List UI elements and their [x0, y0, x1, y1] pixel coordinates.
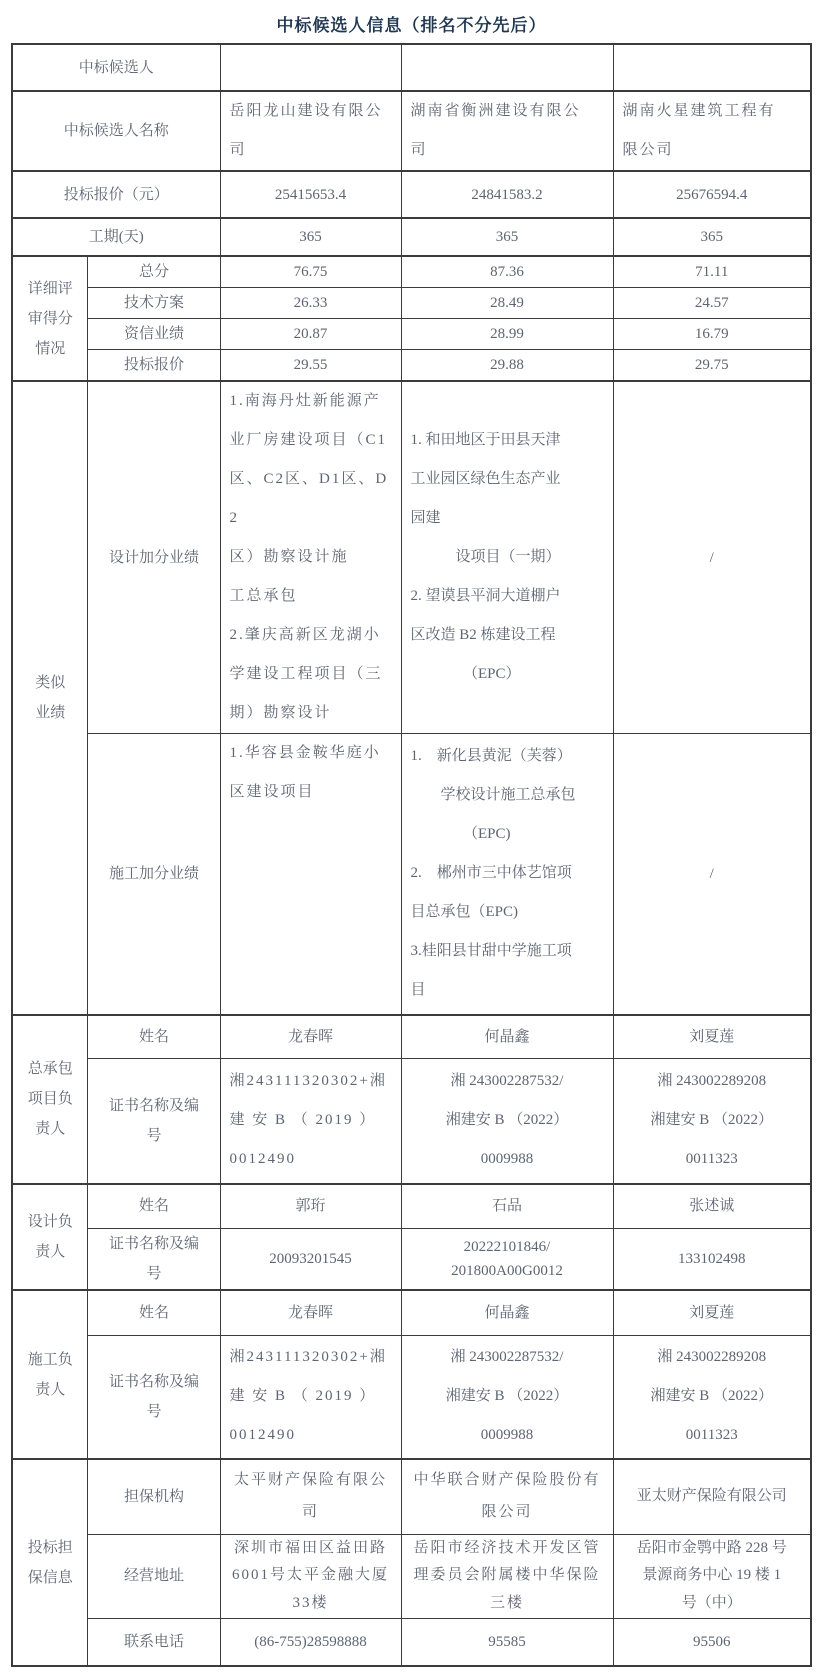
page: 中标候选人信息（排名不分先后） 中标候选人 中标候选人名称 岳阳龙山建设有限公 …: [0, 0, 823, 1667]
cell-guarantee-org-3: 亚太财产保险有限公司: [613, 1459, 811, 1534]
group-label-build-manager: 施工负 责人: [12, 1290, 88, 1459]
cell-guarantee-addr-3: 岳阳市金鹗中路 228 号 景源商务中心 19 楼 1 号（中）: [613, 1534, 811, 1618]
cell-duration-2: 365: [401, 218, 613, 256]
cell-design-performance-1: 1.南海丹灶新能源产 业厂房建设项目（C1 区、C2区、D1区、D2 区）勘察设…: [220, 381, 401, 734]
row-label-construction-performance: 施工加分业绩: [88, 734, 220, 1015]
cell-design-manager-name-2: 石品: [401, 1184, 613, 1229]
row-label-epc-manager-cert: 证书名称及编 号: [88, 1059, 220, 1184]
cell-candidate-name-2: 湖南省衡洲建设有限公 司: [401, 91, 613, 171]
cell-build-manager-name-1: 龙春晖: [220, 1290, 401, 1335]
row-bid-price: 投标报价（元） 25415653.4 24841583.2 25676594.4: [12, 171, 811, 218]
bid-candidates-table: 中标候选人 中标候选人名称 岳阳龙山建设有限公 司 湖南省衡洲建设有限公 司 湖…: [11, 43, 812, 1667]
group-label-epc-manager: 总承包 项目负 责人: [12, 1015, 88, 1184]
cell-design-performance-3: /: [613, 381, 811, 734]
row-label-build-manager-name: 姓名: [88, 1290, 220, 1335]
row-guarantee-addr: 经营地址 深圳市福田区益田路 6001号太平金融大厦 33楼 岳阳市经济技术开发…: [12, 1534, 811, 1618]
cell-build-manager-cert-3: 湘 243002289208 湘建安 B （2022） 0011323: [613, 1335, 811, 1459]
row-construction-performance: 施工加分业绩 1.华容县金鞍华庭小 区建设项目 1. 新化县黄泥（芙蓉） 学校设…: [12, 734, 811, 1015]
cell-design-performance-2: 1. 和田地区于田县天津 工业园区绿色生态产业 园建 设项目（一期） 2. 望谟…: [401, 381, 613, 734]
row-label-design-performance: 设计加分业绩: [88, 381, 220, 734]
row-guarantee-org: 投标担 保信息 担保机构 太平财产保险有限公 司 中华联合财产保险股份有 限公司…: [12, 1459, 811, 1534]
cell-score-total-2: 87.36: [401, 256, 613, 288]
row-label-candidate-name: 中标候选人名称: [12, 91, 220, 171]
group-label-guarantee: 投标担 保信息: [12, 1459, 88, 1666]
row-duration: 工期(天) 365 365 365: [12, 218, 811, 256]
row-build-manager-cert: 证书名称及编 号 湘243111320302+湘 建 安 B （ 2019 ） …: [12, 1335, 811, 1459]
cell-epc-manager-name-3: 刘夏莲: [613, 1015, 811, 1059]
row-epc-manager-name: 总承包 项目负 责人 姓名 龙春晖 何晶鑫 刘夏莲: [12, 1015, 811, 1059]
cell-epc-manager-cert-2: 湘 243002287532/ 湘建安 B （2022） 0009988: [401, 1059, 613, 1184]
row-label-duration: 工期(天): [12, 218, 220, 256]
row-guarantee-phone: 联系电话 (86-755)28598888 95585 95506: [12, 1618, 811, 1666]
row-candidate-name: 中标候选人名称 岳阳龙山建设有限公 司 湖南省衡洲建设有限公 司 湖南火星建筑工…: [12, 91, 811, 171]
row-label-score-tech: 技术方案: [88, 288, 220, 319]
cell-score-tech-2: 28.49: [401, 288, 613, 319]
cell-duration-1: 365: [220, 218, 401, 256]
row-label-guarantee-addr: 经营地址: [88, 1534, 220, 1618]
cell-construction-performance-3: /: [613, 734, 811, 1015]
cell-guarantee-phone-2: 95585: [401, 1618, 613, 1666]
cell-epc-manager-cert-1: 湘243111320302+湘 建 安 B （ 2019 ） 0012490: [220, 1059, 401, 1184]
row-design-manager-cert: 证书名称及编 号 20093201545 20222101846/ 201800…: [12, 1229, 811, 1291]
cell-score-total-3: 71.11: [613, 256, 811, 288]
row-label-score-credit: 资信业绩: [88, 319, 220, 350]
page-title: 中标候选人信息（排名不分先后）: [0, 0, 823, 43]
cell-score-bid-3: 29.75: [613, 350, 811, 382]
cell-epc-manager-name-2: 何晶鑫: [401, 1015, 613, 1059]
row-design-performance: 类似 业绩 设计加分业绩 1.南海丹灶新能源产 业厂房建设项目（C1 区、C2区…: [12, 381, 811, 734]
cell-build-manager-cert-2: 湘 243002287532/ 湘建安 B （2022） 0009988: [401, 1335, 613, 1459]
cell-build-manager-cert-1: 湘243111320302+湘 建 安 B （ 2019 ） 0012490: [220, 1335, 401, 1459]
cell-score-credit-3: 16.79: [613, 319, 811, 350]
cell-guarantee-addr-1: 深圳市福田区益田路 6001号太平金融大厦 33楼: [220, 1534, 401, 1618]
cell-score-bid-2: 29.88: [401, 350, 613, 382]
cell-candidate-3: [613, 44, 811, 91]
cell-build-manager-name-2: 何晶鑫: [401, 1290, 613, 1335]
cell-design-manager-cert-1: 20093201545: [220, 1229, 401, 1291]
row-label-guarantee-org: 担保机构: [88, 1459, 220, 1534]
group-label-similar: 类似 业绩: [12, 381, 88, 1015]
cell-score-bid-1: 29.55: [220, 350, 401, 382]
cell-score-total-1: 76.75: [220, 256, 401, 288]
cell-score-tech-1: 26.33: [220, 288, 401, 319]
cell-guarantee-phone-3: 95506: [613, 1618, 811, 1666]
cell-candidate-1: [220, 44, 401, 91]
cell-bid-price-2: 24841583.2: [401, 171, 613, 218]
row-build-manager-name: 施工负 责人 姓名 龙春晖 何晶鑫 刘夏莲: [12, 1290, 811, 1335]
row-label-design-manager-name: 姓名: [88, 1184, 220, 1229]
cell-design-manager-cert-3: 133102498: [613, 1229, 811, 1291]
cell-build-manager-name-3: 刘夏莲: [613, 1290, 811, 1335]
row-score-total: 详细评 审得分 情况 总分 76.75 87.36 71.11: [12, 256, 811, 288]
cell-design-manager-name-1: 郭珩: [220, 1184, 401, 1229]
row-label-design-manager-cert: 证书名称及编 号: [88, 1229, 220, 1291]
cell-candidate-name-3: 湖南火星建筑工程有 限公司: [613, 91, 811, 171]
row-label-score-total: 总分: [88, 256, 220, 288]
cell-score-tech-3: 24.57: [613, 288, 811, 319]
row-design-manager-name: 设计负 责人 姓名 郭珩 石品 张述诚: [12, 1184, 811, 1229]
row-score-credit: 资信业绩 20.87 28.99 16.79: [12, 319, 811, 350]
group-label-score: 详细评 审得分 情况: [12, 256, 88, 381]
cell-bid-price-1: 25415653.4: [220, 171, 401, 218]
cell-score-credit-1: 20.87: [220, 319, 401, 350]
row-label-candidate: 中标候选人: [12, 44, 220, 91]
group-label-design-manager: 设计负 责人: [12, 1184, 88, 1291]
row-score-tech: 技术方案 26.33 28.49 24.57: [12, 288, 811, 319]
cell-construction-performance-2: 1. 新化县黄泥（芙蓉） 学校设计施工总承包 （EPC) 2. 郴州市三中体艺馆…: [401, 734, 613, 1015]
cell-construction-performance-1: 1.华容县金鞍华庭小 区建设项目: [220, 734, 401, 1015]
cell-guarantee-phone-1: (86-755)28598888: [220, 1618, 401, 1666]
cell-guarantee-addr-2: 岳阳市经济技术开发区管 理委员会附属楼中华保险 三楼: [401, 1534, 613, 1618]
row-label-build-manager-cert: 证书名称及编 号: [88, 1335, 220, 1459]
cell-epc-manager-name-1: 龙春晖: [220, 1015, 401, 1059]
cell-design-manager-name-3: 张述诚: [613, 1184, 811, 1229]
row-label-guarantee-phone: 联系电话: [88, 1618, 220, 1666]
cell-guarantee-org-1: 太平财产保险有限公 司: [220, 1459, 401, 1534]
cell-candidate-2: [401, 44, 613, 91]
cell-score-credit-2: 28.99: [401, 319, 613, 350]
row-epc-manager-cert: 证书名称及编 号 湘243111320302+湘 建 安 B （ 2019 ） …: [12, 1059, 811, 1184]
row-score-bid: 投标报价 29.55 29.88 29.75: [12, 350, 811, 382]
cell-design-manager-cert-2: 20222101846/ 201800A00G0012: [401, 1229, 613, 1291]
cell-bid-price-3: 25676594.4: [613, 171, 811, 218]
cell-duration-3: 365: [613, 218, 811, 256]
row-label-bid-price: 投标报价（元）: [12, 171, 220, 218]
row-label-score-bid: 投标报价: [88, 350, 220, 382]
cell-epc-manager-cert-3: 湘 243002289208 湘建安 B （2022） 0011323: [613, 1059, 811, 1184]
cell-candidate-name-1: 岳阳龙山建设有限公 司: [220, 91, 401, 171]
cell-guarantee-org-2: 中华联合财产保险股份有 限公司: [401, 1459, 613, 1534]
row-label-epc-manager-name: 姓名: [88, 1015, 220, 1059]
row-candidate: 中标候选人: [12, 44, 811, 91]
